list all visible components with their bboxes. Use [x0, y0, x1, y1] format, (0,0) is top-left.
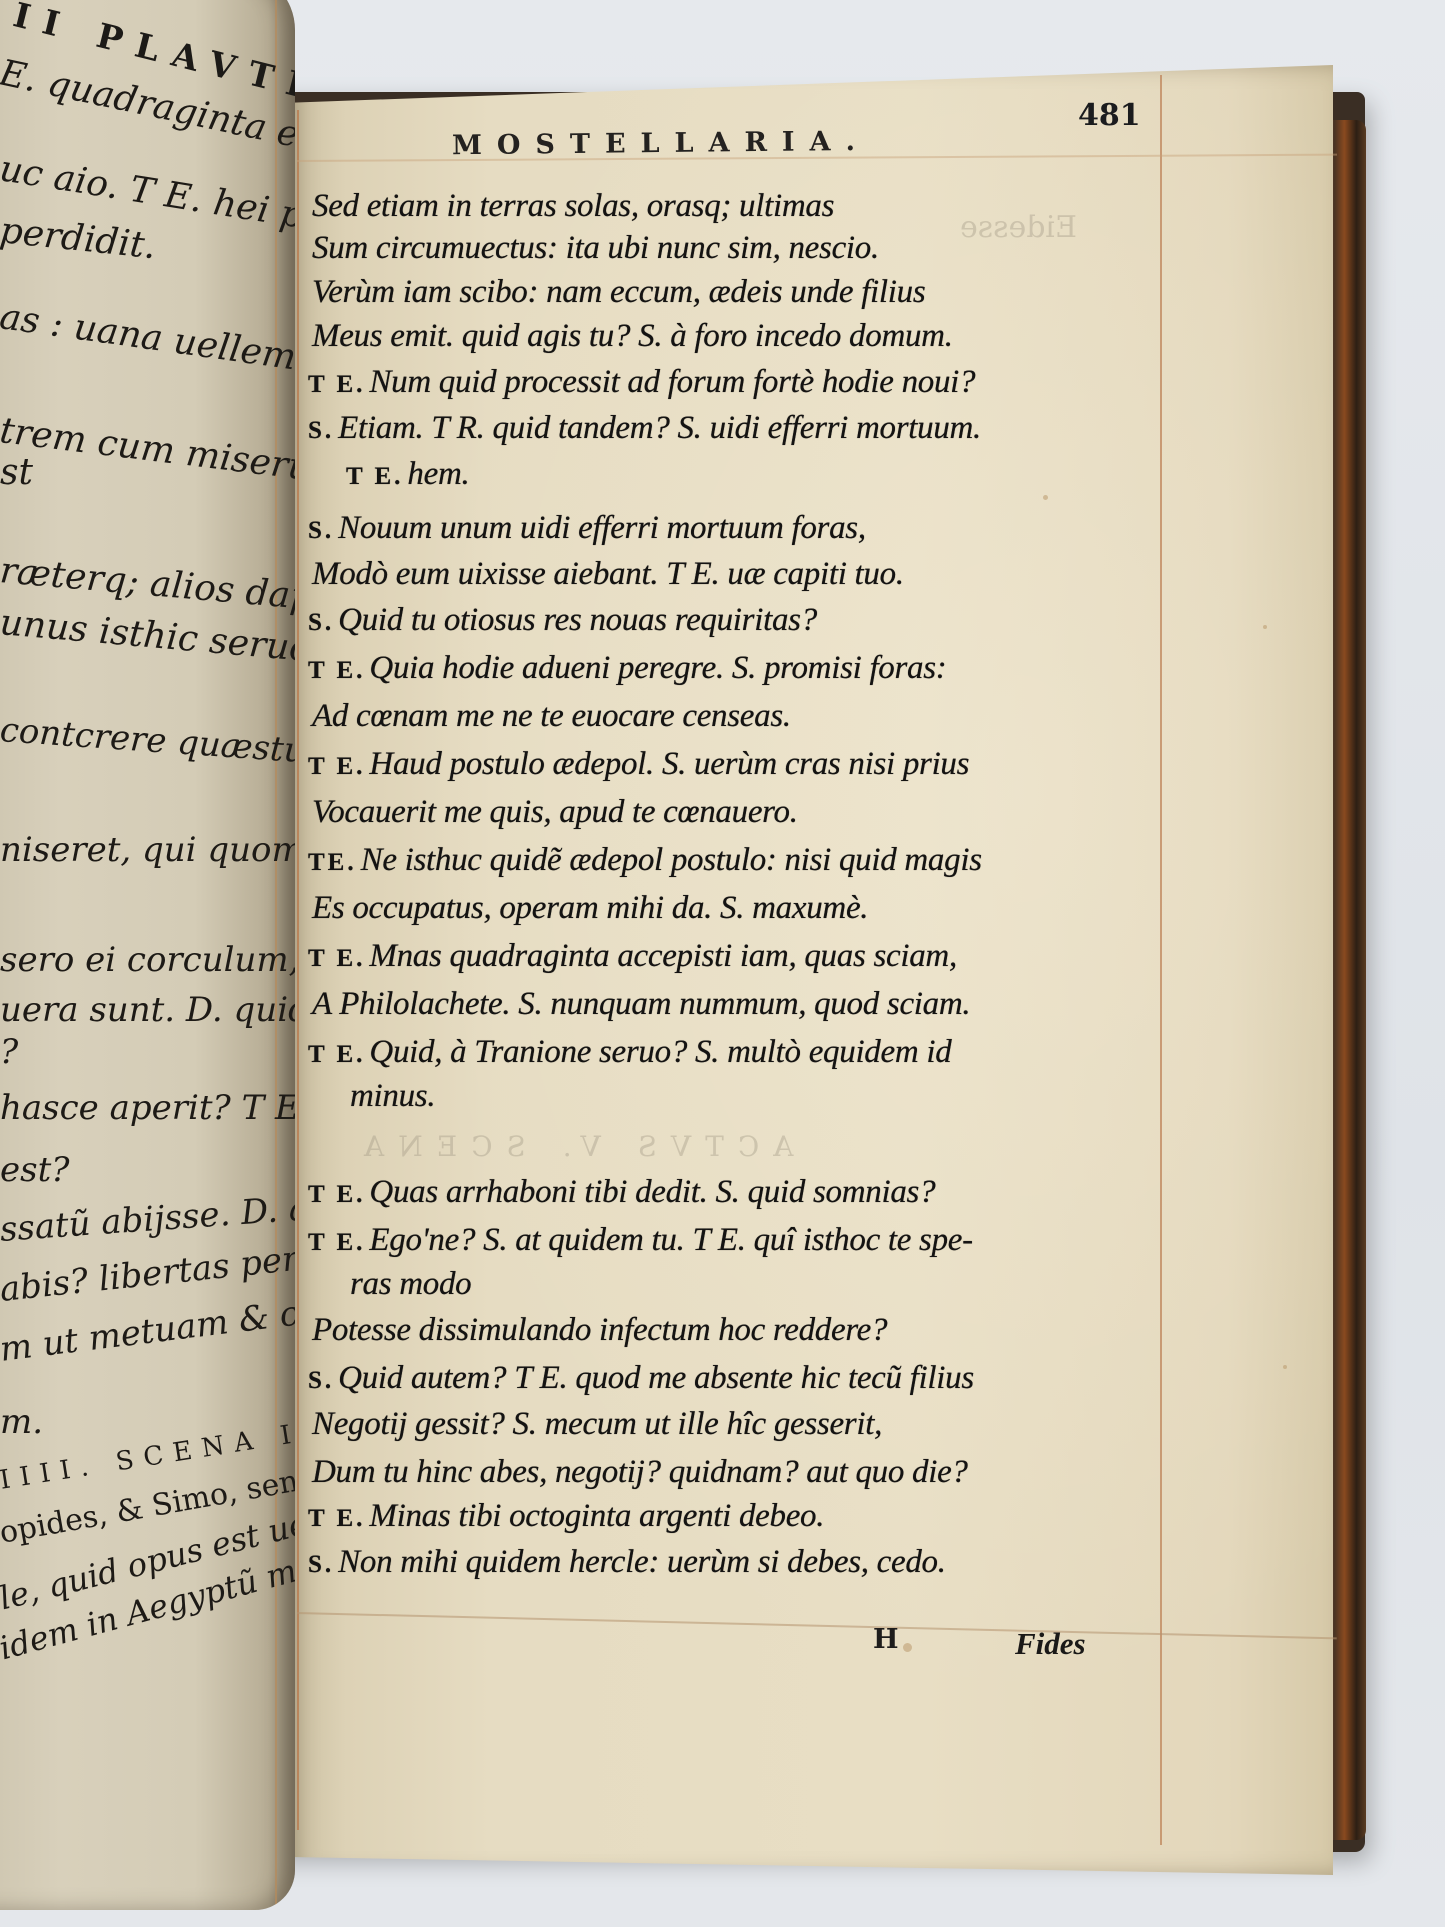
text-line: S.Nouum unum uidi efferri mortuum foras, — [308, 510, 866, 547]
text-line: A Philolachete. S. nunquam nummum, quod … — [308, 986, 970, 1023]
text-line: T E.Minas tibi octoginta argenti debeo. — [308, 1498, 824, 1535]
text-line: S.Quid autem? T E. quod me absente hic t… — [308, 1360, 974, 1397]
margin-rule-right — [1160, 75, 1162, 1845]
text-line: S.Quid tu otiosus res nouas requiritas? — [308, 602, 817, 639]
text-line: niseret, qui quom isthæc fact — [0, 830, 295, 870]
text-line: S.Etiam. T R. quid tandem? S. uidi effer… — [308, 410, 981, 447]
text-line: TE.Ne isthuc quidẽ ædepol postulo: nisi … — [308, 842, 982, 879]
text-line: Dum tu hinc abes, negotij? quidnam? aut … — [308, 1454, 968, 1491]
paper-stain — [903, 1643, 912, 1652]
text-line: Sed etiam in terras solas, orasq; ultima… — [308, 188, 834, 225]
text-line: Verùm iam scibo: nam eccum, ædeis unde f… — [308, 274, 925, 311]
text-line: T E.Ego'ne? S. at quidem tu. T E. quî is… — [308, 1222, 973, 1259]
text-line: uera sunt. D. quid meres, qu — [0, 990, 295, 1030]
text-line: T E.Quas arrhaboni tibi dedit. S. quid s… — [308, 1174, 935, 1211]
text-line: ras modo — [346, 1266, 471, 1303]
margin-rule-left — [297, 110, 299, 1830]
paper-stain — [1283, 1365, 1287, 1369]
text-line: sero ei corculum, ut carbon — [0, 940, 295, 980]
verso-page: III PLAVTI E. quadraginta etiam dedit uc… — [0, 0, 295, 1910]
text-line: ? — [0, 1032, 18, 1072]
text-line: T E.Mnas quadraginta accepisti iam, quas… — [308, 938, 957, 975]
text-line: Ad cœnam me ne te euocare censeas. — [308, 698, 791, 735]
text-line: Negotij gessit? S. mecum ut ille hîc ges… — [308, 1406, 882, 1443]
paper-stain — [1043, 495, 1048, 500]
text-line: Meus emit. quid agis tu? S. à foro inced… — [308, 318, 953, 355]
text-line: Modò eum uixisse aiebant. T E. uæ capiti… — [308, 556, 904, 593]
text-line: Sum circumuectus: ita ubi nunc sim, nesc… — [308, 230, 879, 267]
text-line: contcrere quæstum posse — [0, 710, 295, 781]
signature-mark: H — [873, 1624, 899, 1655]
text-line: perdidit. — [0, 210, 158, 267]
text-line: st — [0, 452, 33, 493]
ink-showthrough: ACTVS V. SCENA — [350, 1130, 794, 1163]
text-line: Es occupatus, operam mihi da. S. maxumè. — [308, 890, 868, 927]
text-line: m. — [0, 1402, 43, 1442]
text-line: Vocauerit me quis, apud te cœnauero. — [308, 794, 798, 831]
text-line: est? — [0, 1150, 69, 1190]
text-line: T E.Quia hodie adueni peregre. S. promis… — [308, 650, 947, 687]
text-line: as : uana uellem , patris am — [0, 296, 295, 407]
text-line: unus isthic seruos sacerrum — [0, 602, 295, 688]
paper-stain — [1263, 625, 1267, 629]
running-head: MOSTELLARIA. — [452, 126, 870, 161]
text-line: S.Non mihi quidem hercle: uerùm si debes… — [308, 1544, 946, 1581]
page-number: 481 — [1078, 98, 1141, 133]
text-line: T E.Num quid processit ad forum fortè ho… — [308, 364, 975, 401]
text-line: T E.Haud postulo ædepol. S. uerùm cras n… — [308, 746, 969, 783]
text-line: minus. — [346, 1078, 435, 1115]
text-line: trem cum miserum prædico. — [0, 410, 295, 514]
ink-showthrough: Eidesse — [960, 210, 1077, 245]
text-line: T E.Quid, à Tranione seruo? S. multò equ… — [308, 1034, 951, 1071]
text-line: Potesse dissimulando infectum hoc redder… — [308, 1312, 887, 1349]
catchword: Fides — [1015, 1626, 1086, 1662]
text-line: T E.hem. — [346, 456, 469, 493]
text-line: hasce aperit? T E. quid tu pulsas — [0, 1088, 295, 1128]
